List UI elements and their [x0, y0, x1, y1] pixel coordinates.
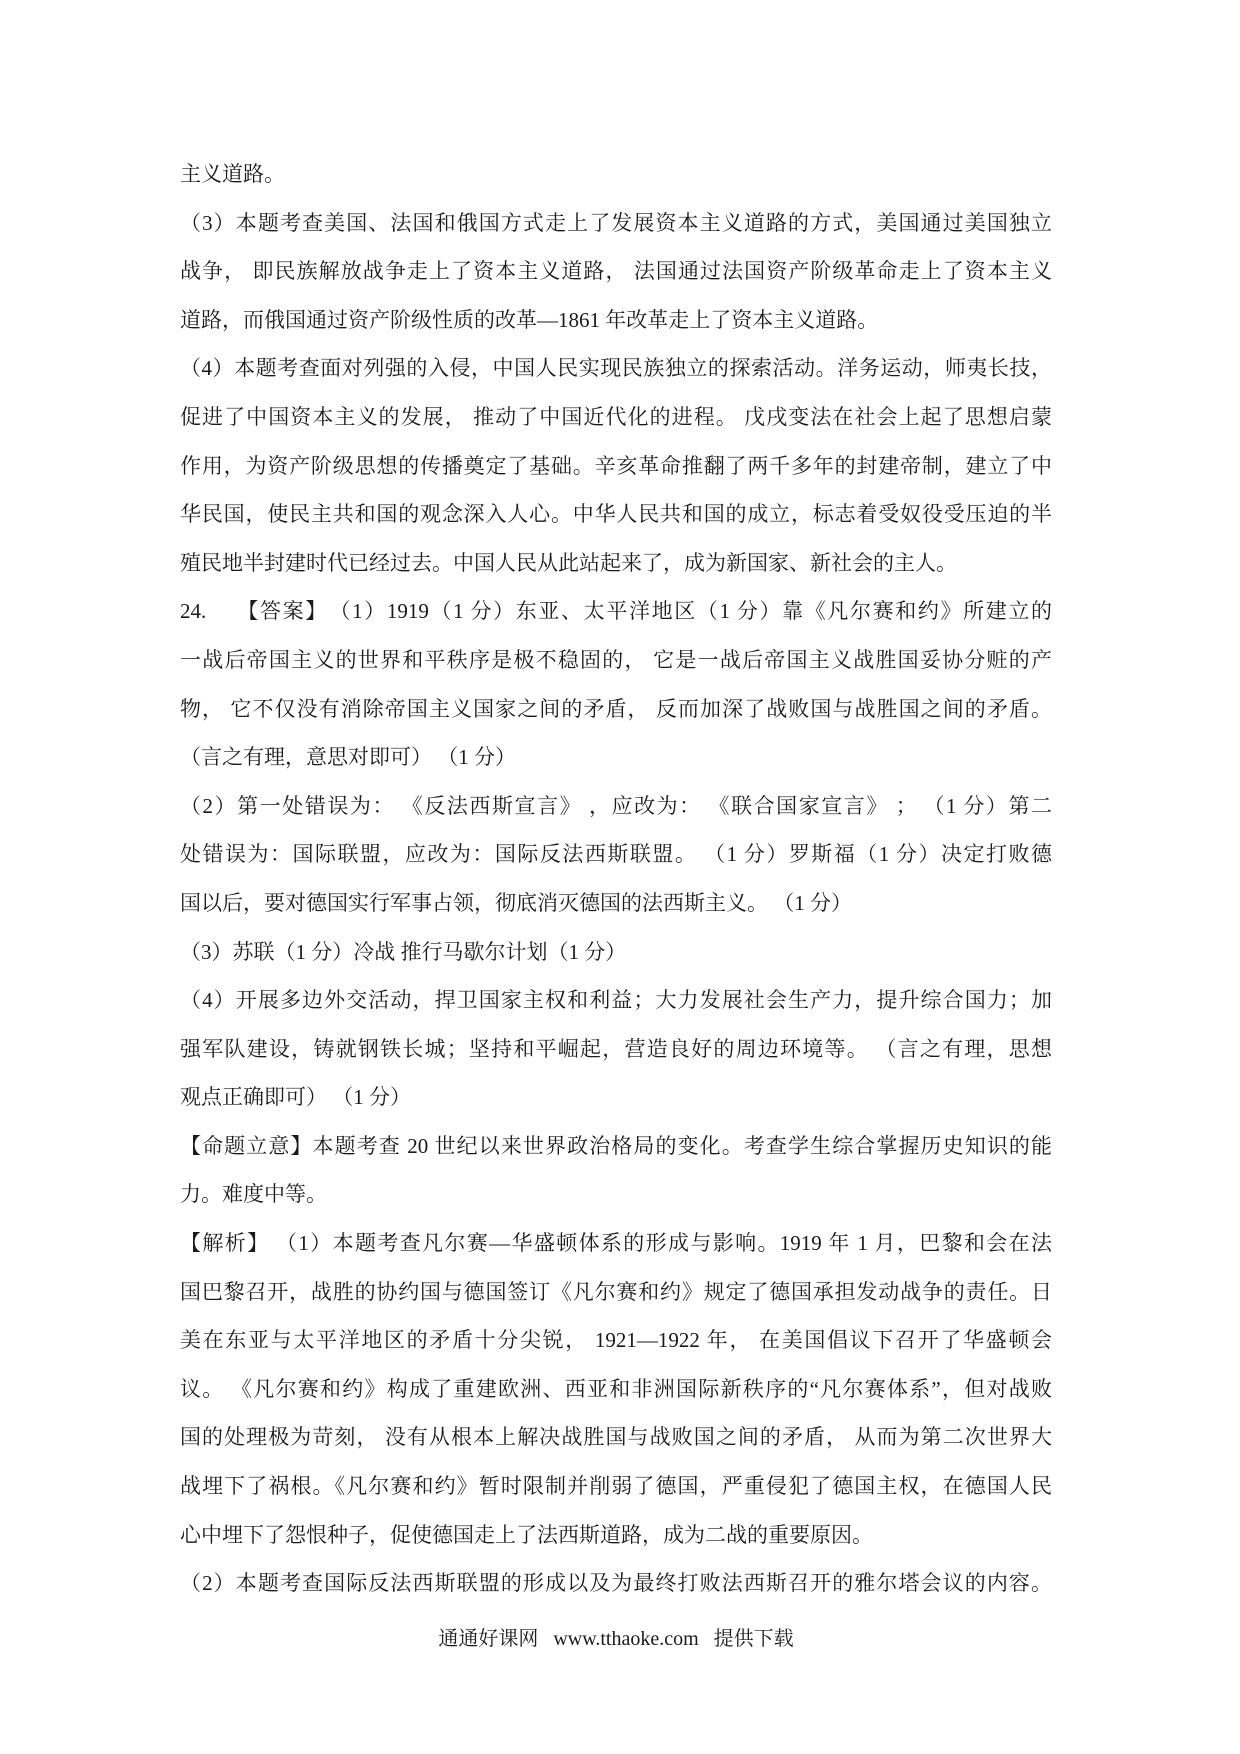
text-line: （2）第一处错误为： 《反法西斯宣言》 ，应改为： 《联合国家宣言》 ； （1 …: [180, 782, 1052, 831]
text-line: 国以后，要对德国实行军事占领，彻底消灭德国的法西斯主义。 （1 分）: [180, 879, 1052, 928]
answer-key-text-block: 主义道路。（3）本题考查美国、法国和俄国方式走上了发展资本主义道路的方式，美国通…: [180, 150, 1052, 1608]
page-footer: 通通好课网 www.tthaoke.com 提供下载: [180, 1624, 1052, 1654]
footer-download-label: 提供下载: [714, 1628, 794, 1650]
document-page: 主义道路。（3）本题考查美国、法国和俄国方式走上了发展资本主义道路的方式，美国通…: [0, 0, 1240, 1754]
text-line: 华民国，使民主共和国的观念深入人心。中华人民共和国的成立，标志着受奴役受压迫的半: [180, 490, 1052, 539]
text-line: 力。难度中等。: [180, 1170, 1052, 1219]
text-line: 美在东亚与太平洋地区的矛盾十分尖锐， 1921—1922 年， 在美国倡议下召开…: [180, 1316, 1052, 1365]
text-line: 一战后帝国主义的世界和平秩序是极不稳固的， 它是一战后帝国主义战胜国妥协分赃的产: [180, 636, 1052, 685]
text-line: 强军队建设，铸就钢铁长城；坚持和平崛起，营造良好的周边环境等。 （言之有理，思想: [180, 1025, 1052, 1074]
footer-url: www.tthaoke.com: [553, 1628, 698, 1650]
text-line: （3）本题考查美国、法国和俄国方式走上了发展资本主义道路的方式，美国通过美国独立: [180, 199, 1052, 248]
text-line: （言之有理，意思对即可） （1 分）: [180, 733, 1052, 782]
text-line: 议。 《凡尔赛和约》构成了重建欧洲、西亚和非洲国际新秩序的“凡尔赛体系”，但对战…: [180, 1365, 1052, 1414]
text-line: （4）开展多边外交活动，捍卫国家主权和利益；大力发展社会生产力，提升综合国力；加: [180, 976, 1052, 1025]
text-line: 战埋下了祸根。《凡尔赛和约》暂时限制并削弱了德国，严重侵犯了德国主权，在德国人民: [180, 1462, 1052, 1511]
text-line: 处错误为：国际联盟，应改为：国际反法西斯联盟。 （1 分）罗斯福（1 分）决定打…: [180, 830, 1052, 879]
text-line: （2）本题考查国际反法西斯联盟的形成以及为最终打败法西斯召开的雅尔塔会议的内容。: [180, 1559, 1052, 1608]
text-line: 主义道路。: [180, 150, 1052, 199]
text-line: 观点正确即可） （1 分）: [180, 1073, 1052, 1122]
text-line: 【命题立意】本题考查 20 世纪以来世界政治格局的变化。考查学生综合掌握历史知识…: [180, 1122, 1052, 1171]
text-line: （3）苏联（1 分）冷战 推行马歇尔计划（1 分）: [180, 928, 1052, 977]
text-line: 心中埋下了怨恨种子，促使德国走上了法西斯道路，成为二战的重要原因。: [180, 1511, 1052, 1560]
text-line: 24. 【答案】 （1）1919（1 分）东亚、太平洋地区（1 分）靠《凡尔赛和…: [180, 587, 1052, 636]
text-line: 【解析】 （1）本题考查凡尔赛—华盛顿体系的形成与影响。1919 年 1 月，巴…: [180, 1219, 1052, 1268]
text-line: 作用，为资产阶级思想的传播奠定了基础。辛亥革命推翻了两千多年的封建帝制，建立了中: [180, 442, 1052, 491]
text-line: 国巴黎召开，战胜的协约国与德国签订《凡尔赛和约》规定了德国承担发动战争的责任。日: [180, 1268, 1052, 1317]
text-line: 国的处理极为苛刻， 没有从根本上解决战胜国与战败国之间的矛盾， 从而为第二次世界…: [180, 1413, 1052, 1462]
text-line: 殖民地半封建时代已经过去。中国人民从此站起来了，成为新国家、新社会的主人。: [180, 539, 1052, 588]
footer-site-name: 通通好课网: [438, 1628, 538, 1650]
text-line: 促进了中国资本主义的发展， 推动了中国近代化的进程。 戊戌变法在社会上起了思想启…: [180, 393, 1052, 442]
text-line: （4）本题考查面对列强的入侵，中国人民实现民族独立的探索活动。洋务运动，师夷长技…: [180, 344, 1052, 393]
text-line: 物， 它不仅没有消除帝国主义国家之间的矛盾， 反而加深了战败国与战胜国之间的矛盾…: [180, 685, 1052, 734]
text-line: 道路，而俄国通过资产阶级性质的改革—1861 年改革走上了资本主义道路。: [180, 296, 1052, 345]
text-line: 战争， 即民族解放战争走上了资本主义道路， 法国通过法国资产阶级革命走上了资本主…: [180, 247, 1052, 296]
